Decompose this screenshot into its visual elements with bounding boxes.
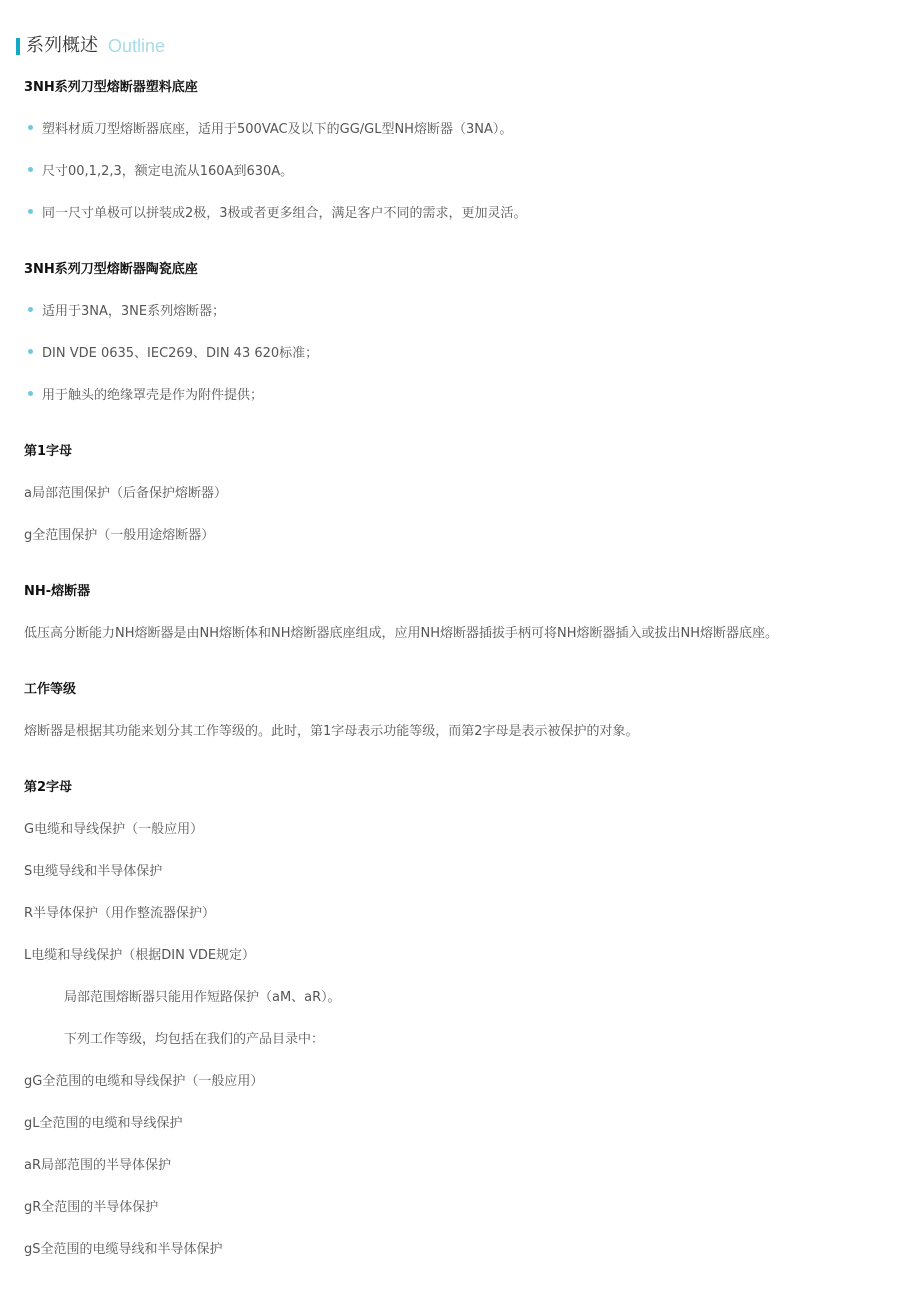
- list-item: 尺寸00,1,2,3，额定电流从160A到630A。: [28, 163, 293, 181]
- bullet-dot-icon: [28, 209, 33, 214]
- list-item: 同一尺寸单极可以拼装成2极，3极或者更多组合，满足客户不同的需求，更加灵活。: [28, 205, 527, 223]
- list-item: 适用于3NA，3NE系列熔断器；: [28, 303, 225, 321]
- indented-note: 局部范围熔断器只能用作短路保护（aM、aR）。: [64, 989, 341, 1007]
- list-item: L电缆和导线保护（根据DIN VDE规定）: [24, 947, 255, 965]
- list-item: G电缆和导线保护（一般应用）: [24, 821, 203, 839]
- list-item: gL全范围的电缆和导线保护: [24, 1115, 183, 1133]
- list-item: aR局部范围的半导体保护: [24, 1157, 171, 1175]
- bullet-dot-icon: [28, 307, 33, 312]
- list-item: g全范围保护（一般用途熔断器）: [24, 527, 214, 545]
- list-item: gR全范围的半导体保护: [24, 1199, 158, 1217]
- heading-plastic-base: 3NH系列刀型熔断器塑料底座: [24, 79, 198, 97]
- list-item: 用于触头的绝缘罩壳是作为附件提供；: [28, 387, 263, 405]
- list-item: gG全范围的电缆和导线保护（一般应用）: [24, 1073, 263, 1091]
- heading-ceramic-base: 3NH系列刀型熔断器陶瓷底座: [24, 261, 198, 279]
- heading-utilization-class: 工作等级: [24, 681, 76, 699]
- list-item: a局部范围保护（后备保护熔断器）: [24, 485, 227, 503]
- list-item: gS全范围的电缆导线和半导体保护: [24, 1241, 223, 1259]
- list-item: 塑料材质刀型熔断器底座，适用于500VAC及以下的GG/GL型NH熔断器（3NA…: [28, 121, 512, 139]
- bullet-dot-icon: [28, 349, 33, 354]
- section-title: 系列概述 Outline: [16, 35, 165, 57]
- list-item: DIN VDE 0635、IEC269、DIN 43 620标准；: [28, 345, 318, 363]
- title-accent-bar: [16, 38, 20, 55]
- title-en: Outline: [108, 35, 165, 57]
- heading-first-letter: 第1字母: [24, 443, 72, 461]
- list-item: R半导体保护（用作整流器保护）: [24, 905, 215, 923]
- bullet-dot-icon: [28, 167, 33, 172]
- bullet-dot-icon: [28, 391, 33, 396]
- title-cn: 系列概述: [26, 35, 98, 57]
- indented-note: 下列工作等级，均包括在我们的产品目录中：: [64, 1031, 324, 1049]
- paragraph-utilization-class: 熔断器是根据其功能来划分其工作等级的。此时，第1字母表示功能等级，而第2字母是表…: [24, 723, 639, 741]
- heading-nh-fuse: NH-熔断器: [24, 583, 90, 601]
- paragraph-nh-fuse: 低压高分断能力NH熔断器是由NH熔断体和NH熔断器底座组成，应用NH熔断器插拔手…: [24, 625, 778, 643]
- bullet-dot-icon: [28, 125, 33, 130]
- heading-second-letter: 第2字母: [24, 779, 72, 797]
- list-item: S电缆导线和半导体保护: [24, 863, 162, 881]
